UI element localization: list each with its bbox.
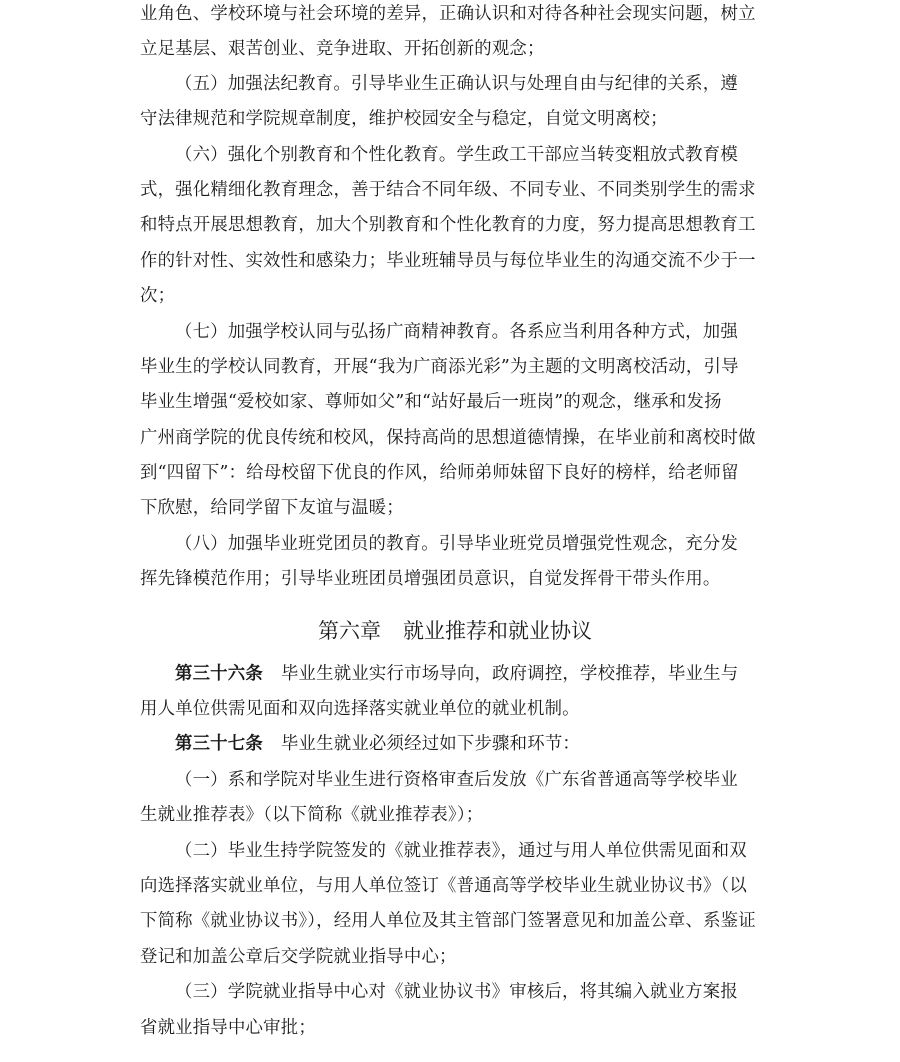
paragraph-line-step-3: （三）学院就业指导中心对《就业协议书》审核后，将其编入就业方案报 [175, 978, 738, 1006]
paragraph-line-item-8: （八）加强毕业班党团员的教育。引导毕业班党员增强党性观念，充分发 [175, 530, 738, 558]
paragraph-line: 下简称《就业协议书》），经用人单位及其主管部门签署意见和加盖公章、系鉴证 [140, 907, 756, 935]
paragraph-line-step-1: （一）系和学院对毕业生进行资格审查后发放《广东省普通高等学校毕业 [175, 766, 738, 794]
paragraph-line-item-6: （六）强化个别教育和个性化教育。学生政工干部应当转变粗放式教育模 [175, 141, 738, 169]
paragraph-line: 下欣慰，给同学留下友谊与温暖； [140, 494, 404, 522]
article-36-line-2: 用人单位供需见面和双向选择落实就业单位的就业机制。 [140, 695, 580, 723]
chapter-title: 就业推荐和就业协议 [403, 619, 592, 643]
article-37-line-1: 第三十七条毕业生就业必须经过如下步骤和环节： [175, 730, 580, 758]
article-36-text: 毕业生就业实行市场导向，政府调控，学校推荐，毕业生与 [281, 664, 738, 684]
paragraph-line: 毕业生增强“爱校如家、尊师如父”和“站好最后一班岗”的观念，继承和发扬 [140, 388, 722, 416]
paragraph-line-item-5: （五）加强法纪教育。引导毕业生正确认识与处理自由与纪律的关系，遵 [175, 70, 738, 98]
paragraph-line: 立足基层、艰苦创业、竞争进取、开拓创新的观念； [140, 35, 545, 63]
paragraph-line: 向选择落实就业单位，与用人单位签订《普通高等学校毕业生就业协议书》（以 [140, 872, 747, 900]
paragraph-line: 生就业推荐表》（以下简称《就业推荐表》）； [140, 801, 483, 829]
chapter-heading: 第六章就业推荐和就业协议 [318, 616, 592, 646]
paragraph-line: 和特点开展思想教育，加大个别教育和个性化教育的力度，努力提高思想教育工 [140, 211, 756, 239]
paragraph-line-item-7: （七）加强学校认同与弘扬广商精神教育。各系应当利用各种方式，加强 [175, 318, 738, 346]
paragraph-line: 业角色、学校环境与社会环境的差异，正确认识和对待各种社会现实问题，树立 [140, 0, 756, 28]
article-37-label: 第三十七条 [175, 734, 263, 754]
paragraph-line: 守法律规范和学院规章制度，维护校园安全与稳定，自觉文明离校； [140, 105, 668, 133]
paragraph-line: 登记和加盖公章后交学院就业指导中心； [140, 943, 457, 971]
paragraph-line-step-2: （二）毕业生持学院签发的《就业推荐表》，通过与用人单位供需见面和双 [175, 837, 747, 865]
paragraph-line: 挥先锋模范作用；引导毕业班团员增强团员意识，自觉发挥骨干带头作用。 [140, 565, 721, 593]
paragraph-line: 次； [140, 282, 175, 310]
article-37-text: 毕业生就业必须经过如下步骤和环节： [281, 734, 580, 754]
paragraph-line: 省就业指导中心审批； [140, 1014, 316, 1042]
paragraph-line: 作的针对性、实效性和感染力；毕业班辅导员与每位毕业生的沟通交流不少于一 [140, 247, 756, 275]
paragraph-line: 到“四留下”：给母校留下优良的作风，给师弟师妹留下良好的榜样，给老师留 [140, 459, 739, 487]
chapter-number: 第六章 [318, 619, 381, 643]
paragraph-line: 广州商学院的优良传统和校风，保持高尚的思想道德情操，在毕业前和离校时做 [140, 424, 756, 452]
paragraph-line: 毕业生的学校认同教育，开展“我为广商添光彩”为主题的文明离校活动，引导 [140, 353, 739, 381]
article-36-line-1: 第三十六条毕业生就业实行市场导向，政府调控，学校推荐，毕业生与 [175, 660, 738, 688]
paragraph-line: 式，强化精细化教育理念，善于结合不同年级、不同专业、不同类别学生的需求 [140, 176, 756, 204]
article-36-label: 第三十六条 [175, 664, 263, 684]
